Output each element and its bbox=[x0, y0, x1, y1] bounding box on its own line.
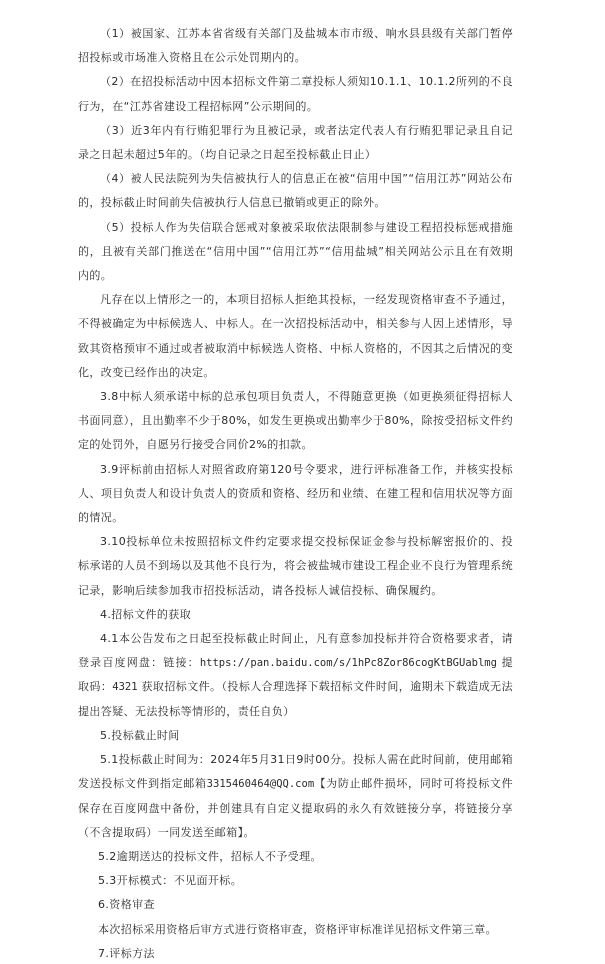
clause-3: （3）近3年内有行贿犯罪行为且被记录，或者法定代表人有行贿犯罪记录且自记录之日起… bbox=[78, 119, 513, 167]
clause-1: （1）被国家、江苏本省省级有关部门及盐城本市市级、响水县县级有关部门暂停招投标或… bbox=[78, 22, 513, 70]
submission-email-link[interactable]: 3315460464@QQ.com bbox=[207, 778, 314, 790]
section-4-1: 4.1本公告发布之日起至投标截止时间止，凡有意参加投标并符合资格要求者，请登录百… bbox=[78, 627, 513, 724]
disqualification-summary: 凡存在以上情形之一的，本项目招标人拒绝其投标，一经发现资格审查不予通过，不得被确… bbox=[78, 288, 513, 385]
section-5-3: 5.3开标模式：不见面开标。 bbox=[78, 869, 513, 893]
section-5-heading: 5.投标截止时间 bbox=[78, 724, 513, 748]
section-6-heading: 6.资格审查 bbox=[78, 893, 513, 917]
clause-5: （5）投标人作为失信联合惩戒对象被采取依法限制参与建设工程招投标惩戒措施的，且被… bbox=[78, 216, 513, 289]
extraction-code: 4321 bbox=[112, 681, 137, 693]
section-3-9: 3.9评标前由招标人对照省政府第120号令要求，进行评标准备工作，并核实投标人、… bbox=[78, 458, 513, 531]
section-6-body: 本次招标采用资格后审方式进行资格审查，资格评审标准详见招标文件第三章。 bbox=[78, 918, 513, 942]
clause-2: （2）在招投标活动中因本招标文件第二章投标人须知10.1.1、10.1.2所列的… bbox=[78, 70, 513, 118]
section-3-8: 3.8中标人须承诺中标的总承包项目负责人，不得随意更换（如更换须征得招标人书面同… bbox=[78, 385, 513, 458]
baidu-pan-link[interactable]: https://pan.baidu.com/s/1hPc8Zor86cogKtB… bbox=[200, 657, 497, 669]
section-5-2: 5.2逾期送达的投标文件，招标人不予受理。 bbox=[78, 845, 513, 869]
document-page: （1）被国家、江苏本省省级有关部门及盐城本市市级、响水县县级有关部门暂停招投标或… bbox=[0, 0, 605, 964]
section-7-heading: 7.评标方法 bbox=[78, 942, 513, 964]
section-4-heading: 4.招标文件的获取 bbox=[78, 603, 513, 627]
section-5-1: 5.1投标截止时间为：2024年5月31日9时00分。投标人需在此时间前，使用邮… bbox=[78, 748, 513, 845]
section-4-1-suffix: 获取招标文件。（投标人合理选择下载招标文件时间，逾期未下载造成无法提出答疑、无法… bbox=[78, 680, 513, 717]
section-3-10: 3.10投标单位未按照招标文件约定要求提交投标保证金参与投标解密报价的、投标承诺… bbox=[78, 530, 513, 603]
clause-4: （4）被人民法院列为失信被执行人的信息正在被“信用中国”“信用江苏”网站公布的，… bbox=[78, 167, 513, 215]
